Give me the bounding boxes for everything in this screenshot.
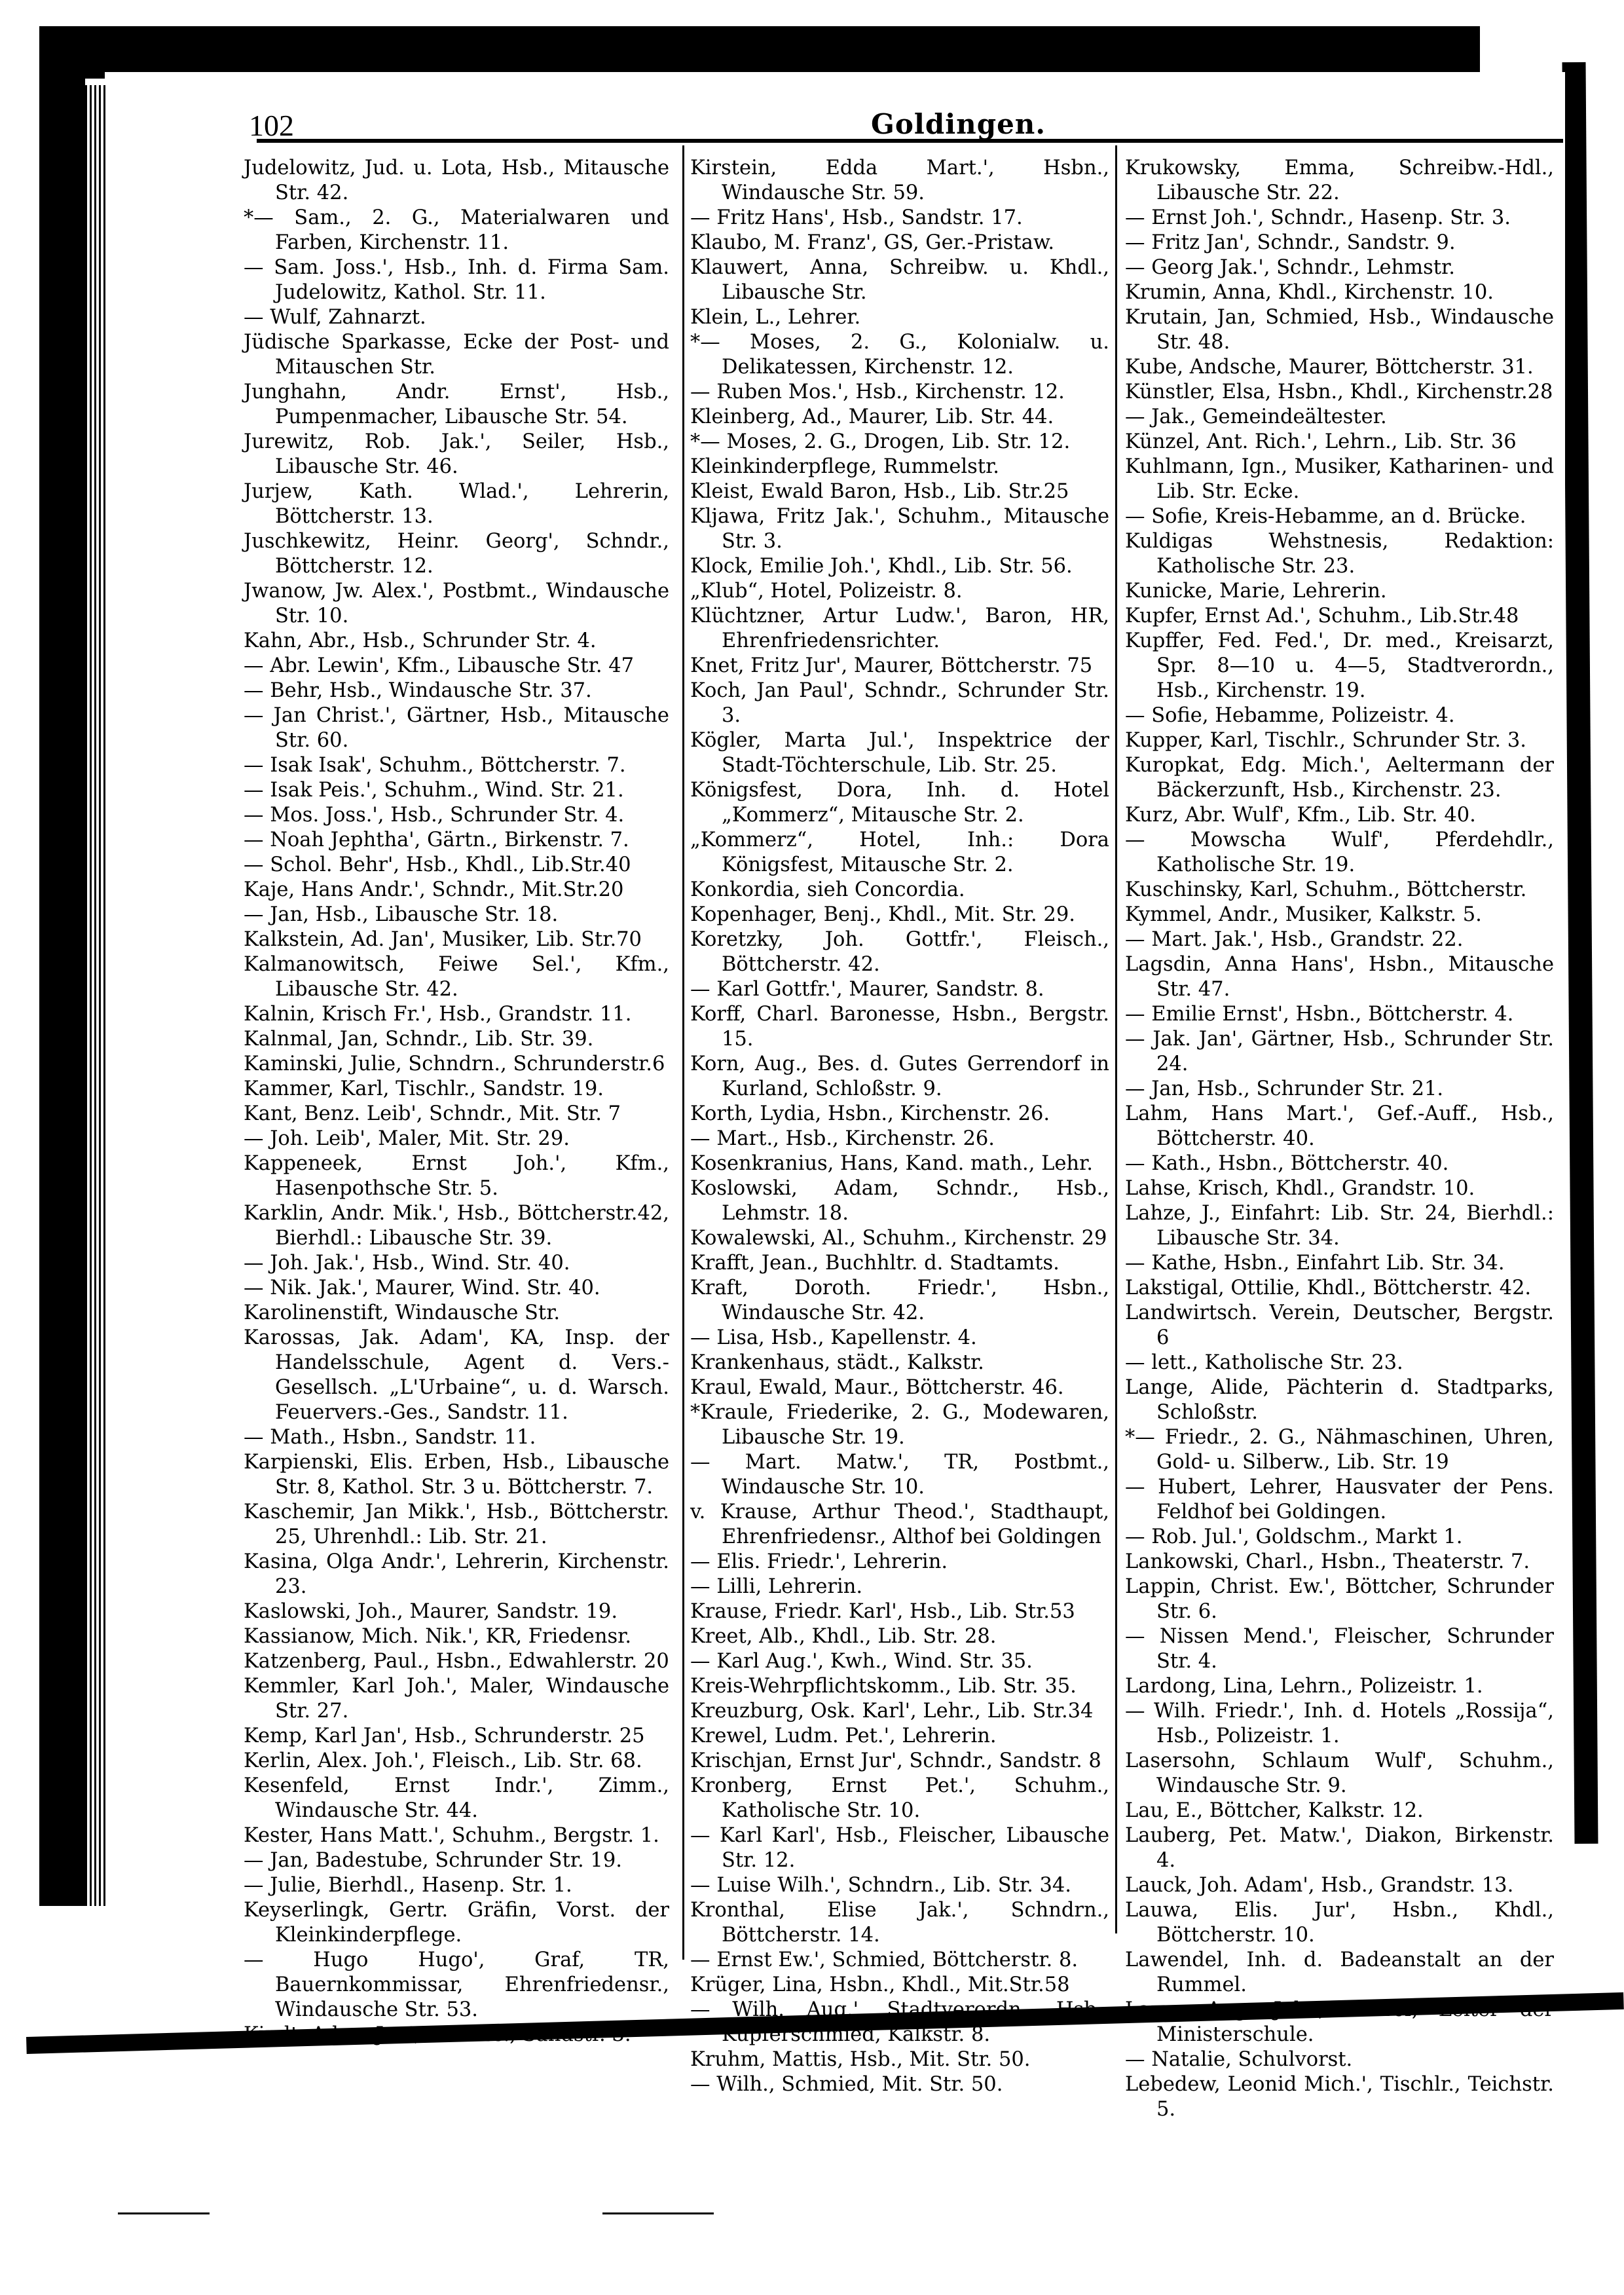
directory-entry: — Lilli, Lehrerin. xyxy=(690,1575,1109,1599)
directory-entry: Kuschinsky, Karl, Schuhm., Böttcherstr. xyxy=(1125,878,1554,903)
directory-entry: Kymmel, Andr., Musiker, Kalkstr. 5. xyxy=(1125,903,1554,927)
directory-entry: Lardong, Lina, Lehrn., Polizeistr. 1. xyxy=(1125,1674,1554,1699)
directory-entry: Krumin, Anna, Khdl., Kirchenstr. 10. xyxy=(1125,280,1554,305)
directory-entry: Koslowski, Adam, Schndr., Hsb., Lehmstr.… xyxy=(690,1176,1109,1226)
directory-entry: Kraul, Ewald, Maur., Böttcherstr. 46. xyxy=(690,1375,1109,1400)
directory-entry: Jurewitz, Rob. Jak.', Seiler, Hsb., Liba… xyxy=(244,430,669,479)
directory-entry: — Fritz Jan', Schndr., Sandstr. 9. xyxy=(1125,231,1554,255)
book-spine-shadow xyxy=(39,79,85,1906)
directory-entry: — Math., Hsbn., Sandstr. 11. xyxy=(244,1425,669,1450)
directory-entry: Krischjan, Ernst Jur', Schndr., Sandstr.… xyxy=(690,1749,1109,1774)
directory-entry: — Mart. Matw.', TR, Postbmt., Windausche… xyxy=(690,1450,1109,1500)
directory-entry: — Sofie, Hebamme, Polizeistr. 4. xyxy=(1125,703,1554,728)
footer-mark xyxy=(118,2212,210,2214)
directory-entry: — Ernst Joh.', Schndr., Hasenp. Str. 3. xyxy=(1125,206,1554,231)
directory-entry: Kupper, Karl, Tischlr., Schrunder Str. 3… xyxy=(1125,728,1554,753)
directory-entry: Kesenfeld, Ernst Indr.', Zimm., Windausc… xyxy=(244,1774,669,1823)
directory-entry: Kupffer, Fed. Fed.', Dr. med., Kreisarzt… xyxy=(1125,629,1554,703)
directory-entry: — Hubert, Lehrer, Hausvater der Pens. Fe… xyxy=(1125,1475,1554,1525)
directory-entry: Lawendel, Inh. d. Badeanstalt an der Rum… xyxy=(1125,1948,1554,1998)
directory-entry: Kruhm, Mattis, Hsb., Mit. Str. 50. xyxy=(690,2047,1109,2072)
directory-entry: — Georg Jak.', Schndr., Lehmstr. xyxy=(1125,255,1554,280)
page-number: 102 xyxy=(249,108,294,143)
directory-entry: — Nik. Jak.', Maurer, Wind. Str. 40. xyxy=(244,1276,669,1301)
directory-entry: Lagsdin, Anna Hans', Hsbn., Mitausche St… xyxy=(1125,952,1554,1002)
directory-entry: Korff, Charl. Baronesse, Hsbn., Bergstr.… xyxy=(690,1002,1109,1052)
directory-entry: Lahse, Krisch, Khdl., Grandstr. 10. xyxy=(1125,1176,1554,1201)
directory-entry: — Jan, Badestube, Schrunder Str. 19. xyxy=(244,1848,669,1873)
directory-entry: — Sofie, Kreis-Hebamme, an d. Brücke. xyxy=(1125,504,1554,529)
directory-entry: Klock, Emilie Joh.', Khdl., Lib. Str. 56… xyxy=(690,554,1109,579)
directory-entry: — Fritz Hans', Hsb., Sandstr. 17. xyxy=(690,206,1109,231)
directory-entry: Kreet, Alb., Khdl., Lib. Str. 28. xyxy=(690,1624,1109,1649)
directory-entry: Lebedew, Leonid Mich.', Tischlr., Teichs… xyxy=(1125,2072,1554,2122)
directory-entry: Karpienski, Elis. Erben, Hsb., Libausche… xyxy=(244,1450,669,1500)
directory-entry: Kahn, Abr., Hsb., Schrunder Str. 4. xyxy=(244,629,669,654)
directory-entry: Kleinberg, Ad., Maurer, Lib. Str. 44. xyxy=(690,405,1109,430)
directory-entry: Kassianow, Mich. Nik.', KR, Friedensr. xyxy=(244,1624,669,1649)
directory-entry: — Wilh. Friedr.', Inh. d. Hotels „Rossij… xyxy=(1125,1699,1554,1749)
directory-entry: Kaje, Hans Andr.', Schndr., Mit.Str.20 xyxy=(244,878,669,903)
directory-entry: Lauberg, Pet. Matw.', Diakon, Birkenstr.… xyxy=(1125,1823,1554,1873)
directory-entry: Krüger, Lina, Hsbn., Khdl., Mit.Str.58 xyxy=(690,1973,1109,1998)
scan-border-top xyxy=(39,26,1480,79)
directory-entry: — Kath., Hsbn., Böttcherstr. 40. xyxy=(1125,1151,1554,1176)
directory-entry: „Klub“, Hotel, Polizeistr. 8. xyxy=(690,579,1109,604)
directory-entry: Klüchtzner, Artur Ludw.', Baron, HR, Ehr… xyxy=(690,604,1109,654)
directory-column-2: Kirstein, Edda Mart.', Hsbn., Windausche… xyxy=(690,156,1109,2097)
directory-column-3: Krukowsky, Emma, Schreibw.-Hdl., Libausc… xyxy=(1125,156,1554,2122)
directory-entry: — Ruben Mos.', Hsb., Kirchenstr. 12. xyxy=(690,380,1109,405)
directory-entry: Kuldigas Wehstnesis, Redaktion: Katholis… xyxy=(1125,529,1554,579)
directory-entry: — Jan Christ.', Gärtner, Hsb., Mitausche… xyxy=(244,703,669,753)
directory-entry: — Hugo Hugo', Graf, TR, Bauernkommissar,… xyxy=(244,1948,669,2023)
header-rule xyxy=(257,139,1563,143)
directory-entry: Krause, Friedr. Karl', Hsb., Lib. Str.53 xyxy=(690,1599,1109,1624)
directory-entry: Kalnmal, Jan, Schndr., Lib. Str. 39. xyxy=(244,1027,669,1052)
directory-entry: Lahze, J., Einfahrt: Lib. Str. 24, Bierh… xyxy=(1125,1201,1554,1251)
directory-entry: Lauck, Joh. Adam', Hsb., Grandstr. 13. xyxy=(1125,1873,1554,1898)
directory-entry: *Kraule, Friederike, 2. G., Modewaren, L… xyxy=(690,1400,1109,1450)
directory-entry: Kopenhager, Benj., Khdl., Mit. Str. 29. xyxy=(690,903,1109,927)
directory-entry: — Jan, Hsb., Libausche Str. 18. xyxy=(244,903,669,927)
directory-entry: Kreis-Wehrpflichtskomm., Lib. Str. 35. xyxy=(690,1674,1109,1699)
directory-entry: Kljawa, Fritz Jak.', Schuhm., Mitausche … xyxy=(690,504,1109,554)
directory-entry: Kirstein, Edda Mart.', Hsbn., Windausche… xyxy=(690,156,1109,206)
directory-entry: Kurz, Abr. Wulf', Kfm., Lib. Str. 40. xyxy=(1125,803,1554,828)
directory-entry: Kreuzburg, Osk. Karl', Lehr., Lib. Str.3… xyxy=(690,1699,1109,1724)
directory-entry: *— Friedr., 2. G., Nähmaschinen, Uhren, … xyxy=(1125,1425,1554,1475)
directory-entry: *— Sam., 2. G., Materialwaren und Farben… xyxy=(244,206,669,255)
directory-entry: Kalkstein, Ad. Jan', Musiker, Lib. Str.7… xyxy=(244,927,669,952)
directory-entry: — Jak., Gemeindeältester. xyxy=(1125,405,1554,430)
directory-entry: — Wilh. Aug.', Stadtverordn., Hsb., Kupf… xyxy=(690,1998,1109,2047)
directory-entry: Kemmler, Karl Joh.', Maler, Windausche S… xyxy=(244,1674,669,1724)
directory-entry: — Joh. Leib', Maler, Mit. Str. 29. xyxy=(244,1127,669,1151)
directory-entry: — Karl Aug.', Kwh., Wind. Str. 35. xyxy=(690,1649,1109,1674)
directory-entry: Krafft, Jean., Buchhltr. d. Stadtamts. xyxy=(690,1251,1109,1276)
directory-entry: Kupfer, Ernst Ad.', Schuhm., Lib.Str.48 xyxy=(1125,604,1554,629)
directory-entry: — Schol. Behr', Hsb., Khdl., Lib.Str.40 xyxy=(244,853,669,878)
directory-entry: Kalnin, Krisch Fr.', Hsb., Grandstr. 11. xyxy=(244,1002,669,1027)
directory-entry: Künzel, Ant. Rich.', Lehrn., Lib. Str. 3… xyxy=(1125,430,1554,455)
directory-entry: — Abr. Lewin', Kfm., Libausche Str. 47 xyxy=(244,654,669,679)
directory-entry: — Lisa, Hsb., Kapellenstr. 4. xyxy=(690,1326,1109,1351)
directory-entry: Landwirtsch. Verein, Deutscher, Bergstr.… xyxy=(1125,1301,1554,1351)
directory-entry: Künstler, Elsa, Hsbn., Khdl., Kirchenstr… xyxy=(1125,380,1554,405)
directory-entry: Kalmanowitsch, Feiwe Sel.', Kfm., Libaus… xyxy=(244,952,669,1002)
directory-entry: Lau, E., Böttcher, Kalkstr. 12. xyxy=(1125,1799,1554,1823)
directory-entry: — Behr, Hsb., Windausche Str. 37. xyxy=(244,679,669,703)
directory-entry: Korth, Lydia, Hsbn., Kirchenstr. 26. xyxy=(690,1102,1109,1127)
directory-entry: Kasina, Olga Andr.', Lehrerin, Kirchenst… xyxy=(244,1550,669,1599)
directory-entry: Lappin, Christ. Ew.', Böttcher, Schrunde… xyxy=(1125,1575,1554,1624)
directory-entry: — Mowscha Wulf', Pferdehdlr., Katholisch… xyxy=(1125,828,1554,878)
directory-entry: Jüdische Sparkasse, Ecke der Post- und M… xyxy=(244,330,669,380)
directory-entry: Lakstigal, Ottilie, Khdl., Böttcherstr. … xyxy=(1125,1276,1554,1301)
directory-entry: Korn, Aug., Bes. d. Gutes Gerrendorf in … xyxy=(690,1052,1109,1102)
directory-entry: *— Moses, 2. G., Kolonialw. u. Delikates… xyxy=(690,330,1109,380)
directory-entry: Kube, Andsche, Maurer, Böttcherstr. 31. xyxy=(1125,355,1554,380)
directory-entry: — Elis. Friedr.', Lehrerin. xyxy=(690,1550,1109,1575)
directory-entry: Kronberg, Ernst Pet.', Schuhm., Katholis… xyxy=(690,1774,1109,1823)
directory-entry: Lauwa, Elis. Jur', Hsbn., Khdl., Böttche… xyxy=(1125,1898,1554,1948)
directory-entry: Königsfest, Dora, Inh. d. Hotel „Kommerz… xyxy=(690,778,1109,828)
page-header: 102 Goldingen. xyxy=(249,108,1565,141)
directory-entry: — Rob. Jul.', Goldschm., Markt 1. xyxy=(1125,1525,1554,1550)
directory-entry: Kindt, Adam Jan', Schloss., Sandstr. 3. xyxy=(244,2023,669,2047)
column-divider-2 xyxy=(1115,145,1117,1933)
scan-border-right xyxy=(1562,62,1598,1844)
directory-entry: — Nissen Mend.', Fleischer, Schrunder St… xyxy=(1125,1624,1554,1674)
directory-entry: Kowalewski, Al., Schuhm., Kirchenstr. 29 xyxy=(690,1226,1109,1251)
directory-entry: — Mos. Joss.', Hsb., Schrunder Str. 4. xyxy=(244,803,669,828)
directory-entry: Klein, L., Lehrer. xyxy=(690,305,1109,330)
directory-entry: — Joh. Jak.', Hsb., Wind. Str. 40. xyxy=(244,1251,669,1276)
directory-entry: Kappeneek, Ernst Joh.', Kfm., Hasenpoths… xyxy=(244,1151,669,1201)
directory-entry: — Isak Peis.', Schuhm., Wind. Str. 21. xyxy=(244,778,669,803)
directory-entry: Kaminski, Julie, Schndrn., Schrunderstr.… xyxy=(244,1052,669,1077)
directory-entry: — Luise Wilh.', Schndrn., Lib. Str. 34. xyxy=(690,1873,1109,1898)
directory-entry: Klaubo, M. Franz', GS, Ger.-Pristaw. xyxy=(690,231,1109,255)
directory-entry: — Kathe, Hsbn., Einfahrt Lib. Str. 34. xyxy=(1125,1251,1554,1276)
directory-entry: — Karl Gottfr.', Maurer, Sandstr. 8. xyxy=(690,977,1109,1002)
directory-entry: — Mart., Hsb., Kirchenstr. 26. xyxy=(690,1127,1109,1151)
directory-entry: Krukowsky, Emma, Schreibw.-Hdl., Libausc… xyxy=(1125,156,1554,206)
directory-entry: — Ernst Ew.', Schmied, Böttcherstr. 8. xyxy=(690,1948,1109,1973)
directory-entry: Kemp, Karl Jan', Hsb., Schrunderstr. 25 xyxy=(244,1724,669,1749)
directory-entry: Krutain, Jan, Schmied, Hsb., Windausche … xyxy=(1125,305,1554,355)
directory-entry: Kester, Hans Matt.', Schuhm., Bergstr. 1… xyxy=(244,1823,669,1848)
directory-entry: — Sam. Joss.', Hsb., Inh. d. Firma Sam. … xyxy=(244,255,669,305)
directory-entry: Kammer, Karl, Tischlr., Sandstr. 19. xyxy=(244,1077,669,1102)
directory-entry: Kuropkat, Edg. Mich.', Aeltermann der Bä… xyxy=(1125,753,1554,803)
directory-entry: — Natalie, Schulvorst. xyxy=(1125,2047,1554,2072)
directory-entry: Jwanow, Jw. Alex.', Postbmt., Windausche… xyxy=(244,579,669,629)
directory-entry: Krankenhaus, städt., Kalkstr. xyxy=(690,1351,1109,1375)
directory-entry: Lahm, Hans Mart.', Gef.-Auff., Hsb., Böt… xyxy=(1125,1102,1554,1151)
directory-entry: Klauwert, Anna, Schreibw. u. Khdl., Liba… xyxy=(690,255,1109,305)
directory-entry: Juschkewitz, Heinr. Georg', Schndr., Böt… xyxy=(244,529,669,579)
directory-entry: — Jan, Hsb., Schrunder Str. 21. xyxy=(1125,1077,1554,1102)
directory-entry: Karklin, Andr. Mik.', Hsb., Böttcherstr.… xyxy=(244,1201,669,1251)
directory-entry: Kant, Benz. Leib', Schndr., Mit. Str. 7 xyxy=(244,1102,669,1127)
directory-entry: Kunicke, Marie, Lehrerin. xyxy=(1125,579,1554,604)
directory-entry: Judelowitz, Jud. u. Lota, Hsb., Mitausch… xyxy=(244,156,669,206)
directory-entry: Knet, Fritz Jur', Maurer, Böttcherstr. 7… xyxy=(690,654,1109,679)
directory-entry: Koch, Jan Paul', Schndr., Schrunder Str.… xyxy=(690,679,1109,728)
directory-entry: Krewel, Ludm. Pet.', Lehrerin. xyxy=(690,1724,1109,1749)
directory-entry: — Wulf, Zahnarzt. xyxy=(244,305,669,330)
directory-entry: Lankowski, Charl., Hsbn., Theaterstr. 7. xyxy=(1125,1550,1554,1575)
directory-entry: Kleinkinderpflege, Rummelstr. xyxy=(690,455,1109,479)
directory-entry: Jurjew, Kath. Wlad.', Lehrerin, Böttcher… xyxy=(244,479,669,529)
directory-entry: Lasersohn, Schlaum Wulf', Schuhm., Winda… xyxy=(1125,1749,1554,1799)
directory-entry: Kögler, Marta Jul.', Inspektrice der Sta… xyxy=(690,728,1109,778)
directory-entry: Kleist, Ewald Baron, Hsb., Lib. Str.25 xyxy=(690,479,1109,504)
directory-entry: Kosenkranius, Hans, Kand. math., Lehr. xyxy=(690,1151,1109,1176)
directory-entry: Junghahn, Andr. Ernst', Hsb., Pumpenmach… xyxy=(244,380,669,430)
directory-entry: Kaslowski, Joh., Maurer, Sandstr. 19. xyxy=(244,1599,669,1624)
directory-entry: Konkordia, sieh Concordia. xyxy=(690,878,1109,903)
directory-entry: Kronthal, Elise Jak.', Schndrn., Böttche… xyxy=(690,1898,1109,1948)
directory-entry: — lett., Katholische Str. 23. xyxy=(1125,1351,1554,1375)
directory-column-1: Judelowitz, Jud. u. Lota, Hsb., Mitausch… xyxy=(244,156,669,2047)
directory-entry: Karossas, Jak. Adam', KA, Insp. der Hand… xyxy=(244,1326,669,1425)
directory-entry: — Julie, Bierhdl., Hasenp. Str. 1. xyxy=(244,1873,669,1898)
directory-entry: — Isak Isak', Schuhm., Böttcherstr. 7. xyxy=(244,753,669,778)
directory-entry: „Kommerz“, Hotel, Inh.: Dora Königsfest,… xyxy=(690,828,1109,878)
directory-entry: Lange, Alide, Pächterin d. Stadtparks, S… xyxy=(1125,1375,1554,1425)
directory-entry: Karolinenstift, Windausche Str. xyxy=(244,1301,669,1326)
directory-entry: Keyserlingk, Gertr. Gräfin, Vorst. der K… xyxy=(244,1898,669,1948)
directory-entry: — Mart. Jak.', Hsb., Grandstr. 22. xyxy=(1125,927,1554,952)
directory-entry: — Wilh., Schmied, Mit. Str. 50. xyxy=(690,2072,1109,2097)
directory-entry: — Karl Karl', Hsb., Fleischer, Libausche… xyxy=(690,1823,1109,1873)
page-edges xyxy=(85,85,108,1906)
directory-entry: — Jak. Jan', Gärtner, Hsb., Schrunder St… xyxy=(1125,1027,1554,1077)
directory-entry: Lazar, Aug. Joh.', Lehrer, Leiter der Mi… xyxy=(1125,1998,1554,2047)
directory-entry: Koretzky, Joh. Gottfr.', Fleisch., Böttc… xyxy=(690,927,1109,977)
directory-entry: Kaschemir, Jan Mikk.', Hsb., Böttcherstr… xyxy=(244,1500,669,1550)
directory-entry: — Emilie Ernst', Hsbn., Böttcherstr. 4. xyxy=(1125,1002,1554,1027)
column-divider-1 xyxy=(682,145,684,1960)
running-title: Goldingen. xyxy=(871,108,1046,140)
directory-entry: Katzenberg, Paul., Hsbn., Edwahlerstr. 2… xyxy=(244,1649,669,1674)
directory-entry: Kraft, Doroth. Friedr.', Hsbn., Windausc… xyxy=(690,1276,1109,1326)
directory-entry: *— Moses, 2. G., Drogen, Lib. Str. 12. xyxy=(690,430,1109,455)
directory-entry: v. Krause, Arthur Theod.', Stadthaupt, E… xyxy=(690,1500,1109,1550)
directory-entry: Kuhlmann, Ign., Musiker, Katharinen- und… xyxy=(1125,455,1554,504)
directory-entry: Kerlin, Alex. Joh.', Fleisch., Lib. Str.… xyxy=(244,1749,669,1774)
footer-mark xyxy=(602,2212,714,2214)
directory-entry: — Noah Jephtha', Gärtn., Birkenstr. 7. xyxy=(244,828,669,853)
